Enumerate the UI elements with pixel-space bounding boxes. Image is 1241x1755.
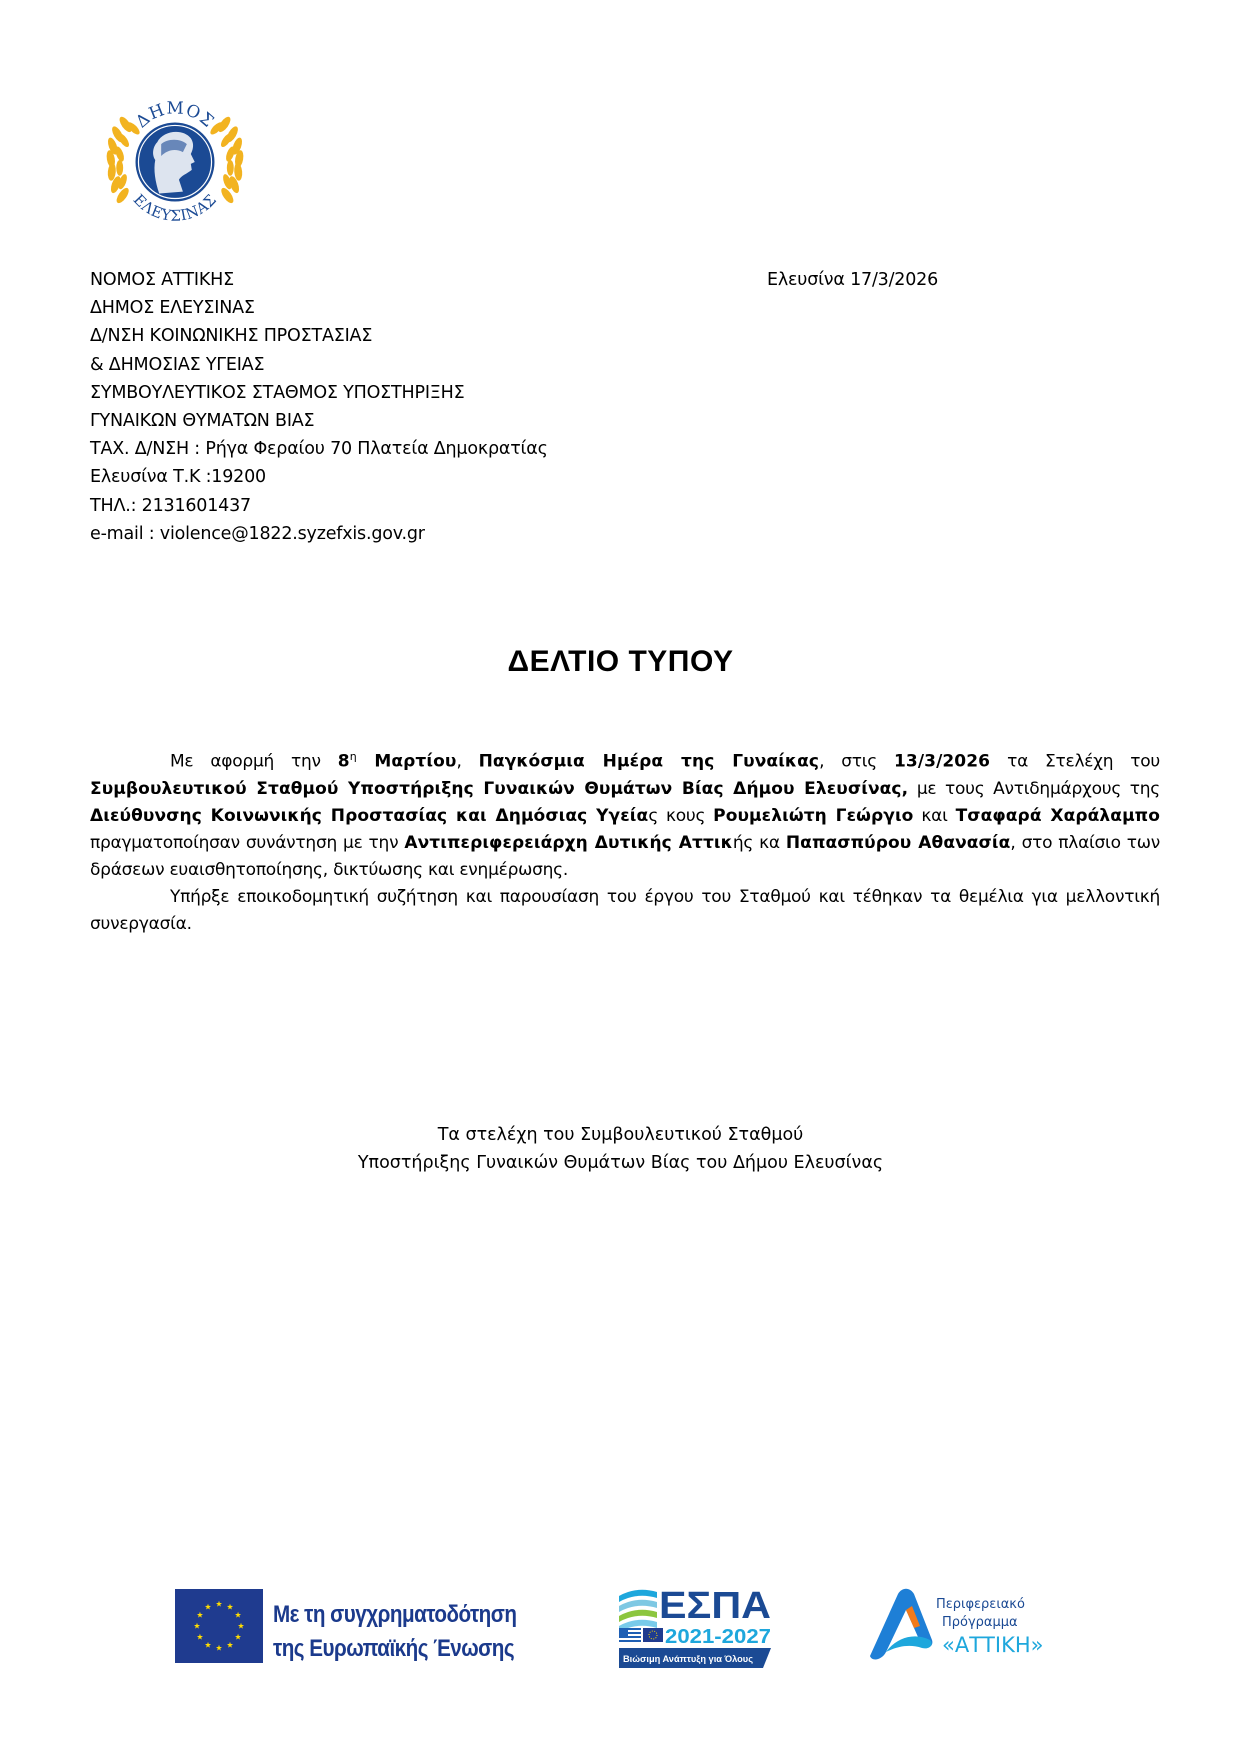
body-run: ής κα [733,833,786,853]
body-run: Συμβουλευτικού Σταθμού Υποστήριξης Γυναι… [90,779,908,799]
signature-block: Τα στελέχη του Συμβουλευτικού Σταθμού Υπ… [0,1121,1241,1177]
signature-line-2: Υποστήριξης Γυναικών Θυμάτων Βίας του Δή… [0,1149,1241,1177]
letterhead-directorate-cont: & ΔΗΜΟΣΙΑΣ ΥΓΕΙΑΣ [90,351,548,379]
attiki-program-logo: Περιφερειακό Πρόγραμμα «ΑΤΤΙΚΗ» [862,1588,1072,1664]
svg-text:Πρόγραμμα: Πρόγραμμα [942,1615,1018,1630]
espa-logo: ΕΣΠΑ 2021-2027 Βιώσιμη Ανάπτυξη για Όλου… [617,1580,777,1670]
greece-flag-icon [619,1628,641,1642]
body-run: τα Στελέχη του [990,752,1160,772]
letterhead-station-cont: ΓΥΝΑΙΚΩΝ ΘΥΜΑΤΩΝ ΒΙΑΣ [90,407,548,435]
letterhead-phone: ΤΗΛ.: 2131601437 [90,492,548,520]
body-run: ς κους [648,806,713,826]
eu-flag-icon [175,1589,263,1663]
body-run: , στις [819,752,894,772]
body-run: Αντιπεριφερειάρχη Δυτικής Αττικ [404,833,732,853]
body-paragraph-2: Υπήρξε εποικοδομητική συζήτηση και παρου… [90,884,1160,938]
attiki-a-icon [870,1589,932,1660]
body-run: Με αφορμή την [170,752,338,772]
body-run: Μαρτίου [356,752,456,772]
letterhead-address-block: ΝΟΜΟΣ ΑΤΤΙΚΗΣ ΔΗΜΟΣ ΕΛΕΥΣΙΝΑΣ Δ/ΝΣΗ ΚΟΙΝ… [90,266,548,548]
letterhead-station: ΣΥΜΒΟΥΛΕΥΤΙΚΟΣ ΣΤΑΘΜΟΣ ΥΠΟΣΤΗΡΙΞΗΣ [90,379,548,407]
body-run: και [913,806,955,826]
body-run: με τους Αντιδημάρχους της [908,779,1160,799]
body-paragraph-1: Με αφορμή την 8η Μαρτίου, Παγκόσμια Ημέρ… [90,743,1160,884]
letterhead-municipality: ΔΗΜΟΣ ΕΛΕΥΣΙΝΑΣ [90,294,548,322]
espa-waves-icon [619,1590,657,1632]
svg-text:«ΑΤΤΙΚΗ»: «ΑΤΤΙΚΗ» [942,1633,1043,1657]
body-run: Ρουμελιώτη Γεώργιο [713,806,913,826]
body-run: Τσαφαρά Χαράλαμπο [956,806,1160,826]
body-run: Διεύθυνσης Κοινωνικής Προστασίας και Δημ… [90,806,648,826]
letterhead-postal-address: ΤΑΧ. Δ/ΝΣΗ : Ρήγα Φεραίου 70 Πλατεία Δημ… [90,435,548,463]
svg-text:ΕΣΠΑ: ΕΣΠΑ [659,1585,771,1627]
svg-text:2021-2027: 2021-2027 [665,1626,771,1648]
place-date: Ελευσίνα 17/3/2026 [767,266,938,294]
eu-mini-flag-icon [643,1628,663,1642]
eu-text-line-2: της Ευρωπαϊκής Ένωσης [273,1632,516,1666]
letterhead-postal-code: Ελευσίνα Τ.Κ :19200 [90,463,548,491]
body-run: Παπασπύρου Αθανασία [786,833,1011,853]
letterhead-prefecture: ΝΟΜΟΣ ΑΤΤΙΚΗΣ [90,266,548,294]
body-run: πραγματοποίησαν συνάντηση με την [90,833,404,853]
body-run: , [456,752,478,772]
signature-line-1: Τα στελέχη του Συμβουλευτικού Σταθμού [0,1121,1241,1149]
body-run: Παγκόσμια Ημέρα της Γυναίκας [479,752,819,772]
svg-text:Βιώσιμη Ανάπτυξη για Όλους: Βιώσιμη Ανάπτυξη για Όλους [623,1654,753,1665]
body-run: 13/3/2026 [894,752,990,772]
municipality-logo: ΔΗΜΟΣ ΕΛΕΥΣΙΝΑΣ [96,82,254,234]
press-release-body: Με αφορμή την 8η Μαρτίου, Παγκόσμια Ημέρ… [90,743,1160,938]
eu-text-line-1: Με τη συγχρηματοδότηση [273,1598,516,1632]
letterhead-email: e-mail : violence@1822.syzefxis.gov.gr [90,520,548,548]
eu-cofunding-text: Με τη συγχρηματοδότηση της Ευρωπαϊκής Έν… [273,1598,516,1666]
letterhead-directorate: Δ/ΝΣΗ ΚΟΙΝΩΝΙΚΗΣ ΠΡΟΣΤΑΣΙΑΣ [90,322,548,350]
svg-text:Περιφερειακό: Περιφερειακό [936,1597,1025,1612]
body-run: 8 [338,752,350,772]
document-title: ΔΕΛΤΙΟ ΤΥΠΟΥ [0,645,1241,679]
